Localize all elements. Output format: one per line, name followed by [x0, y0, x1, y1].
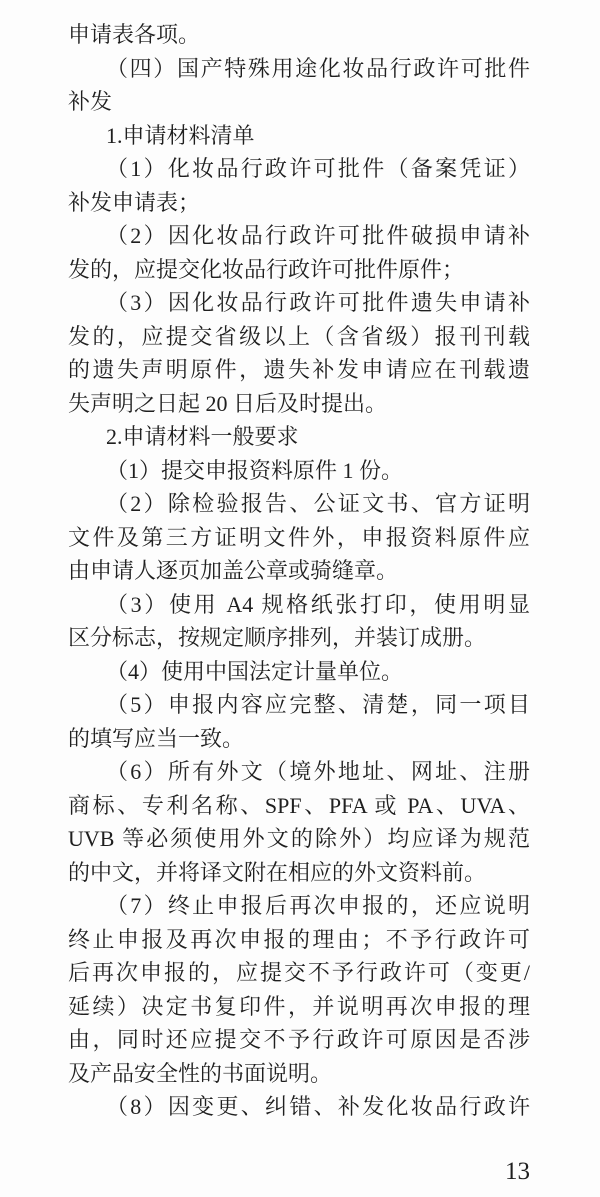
text-line: 发的，应提交化妆品行政许可批件原件；	[68, 253, 530, 287]
text-line: 补发申请表；	[68, 186, 530, 220]
text-line: 的填写应当一致。	[68, 722, 530, 756]
text-line: 补发	[68, 85, 530, 119]
text-line: 2.申请材料一般要求	[68, 420, 530, 454]
body-text: 申请表各项。（四）国产特殊用途化妆品行政许可批件补发1.申请材料清单（1）化妆品…	[68, 18, 530, 1124]
page-number: 13	[68, 1155, 530, 1189]
text-line: 及产品安全性的书面说明。	[68, 1057, 530, 1091]
text-line: 申请表各项。	[68, 18, 530, 52]
text-line: 失声明之日起 20 日后及时提出。	[68, 387, 530, 421]
text-line: （6）所有外文（境外地址、网址、注册	[68, 755, 530, 789]
text-line: 延续）决定书复印件，并说明再次申报的理	[68, 990, 530, 1024]
text-line: 商标、专利名称、SPF、PFA 或 PA、UVA、	[68, 789, 530, 823]
text-line: （5）申报内容应完整、清楚，同一项目	[68, 688, 530, 722]
text-line: 区分标志，按规定顺序排列，并装订成册。	[68, 621, 530, 655]
text-line: 由，同时还应提交不予行政许可原因是否涉	[68, 1023, 530, 1057]
text-line: （8）因变更、纠错、补发化妆品行政许	[68, 1090, 530, 1124]
document-page: 申请表各项。（四）国产特殊用途化妆品行政许可批件补发1.申请材料清单（1）化妆品…	[0, 0, 600, 1197]
text-line: 的遗失声明原件，遗失补发申请应在刊载遗	[68, 353, 530, 387]
text-line: （1）提交申报资料原件 1 份。	[68, 454, 530, 488]
text-line: 由申请人逐页加盖公章或骑缝章。	[68, 554, 530, 588]
text-line: （7）终止申报后再次申报的，还应说明	[68, 889, 530, 923]
text-line: （1）化妆品行政许可批件（备案凭证）	[68, 152, 530, 186]
text-line: 文件及第三方证明文件外，申报资料原件应	[68, 521, 530, 555]
text-line: 的中文，并将译文附在相应的外文资料前。	[68, 856, 530, 890]
text-line: （2）因化妆品行政许可批件破损申请补	[68, 219, 530, 253]
text-line: 发的，应提交省级以上（含省级）报刊刊载	[68, 320, 530, 354]
text-line: （2）除检验报告、公证文书、官方证明	[68, 487, 530, 521]
text-line: （3）因化妆品行政许可批件遗失申请补	[68, 286, 530, 320]
text-line: （四）国产特殊用途化妆品行政许可批件	[68, 52, 530, 86]
text-line: UVB 等必须使用外文的除外）均应译为规范	[68, 822, 530, 856]
text-line: 终止申报及再次申报的理由；不予行政许可	[68, 923, 530, 957]
text-line: （3）使用 A4 规格纸张打印，使用明显	[68, 588, 530, 622]
text-line: 1.申请材料清单	[68, 119, 530, 153]
text-line: 后再次申报的，应提交不予行政许可（变更/	[68, 956, 530, 990]
text-line: （4）使用中国法定计量单位。	[68, 655, 530, 689]
